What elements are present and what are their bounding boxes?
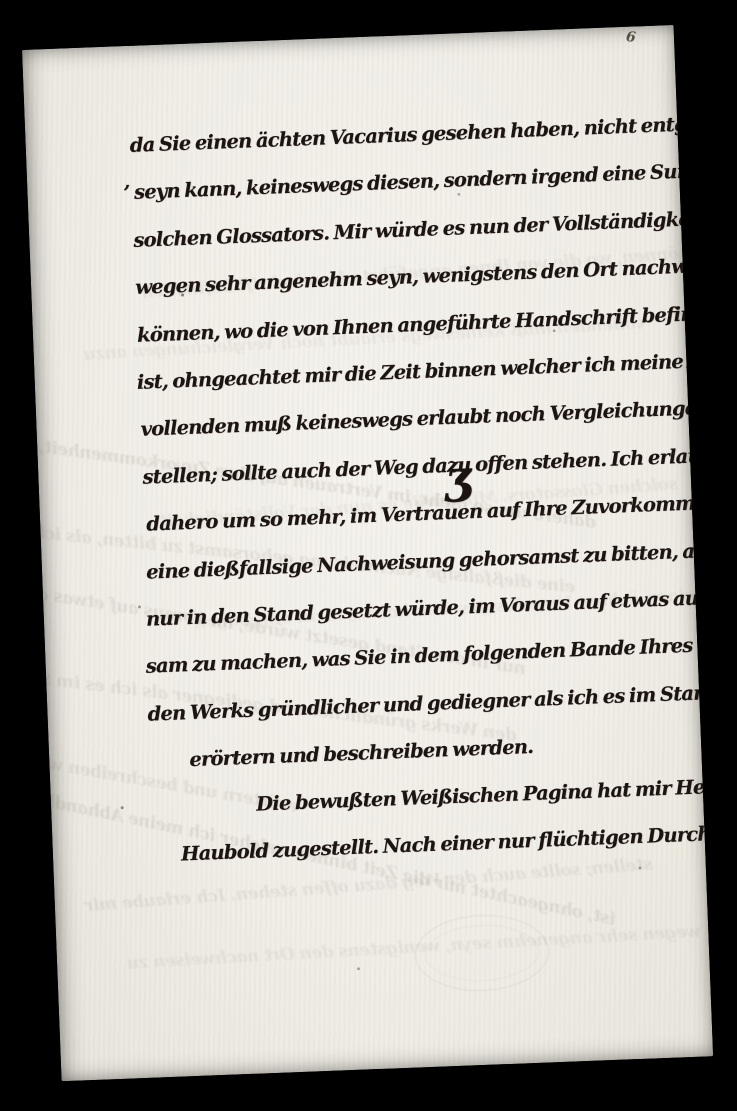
archive-stamp: [414, 912, 551, 993]
folio-number-mark: 6: [625, 29, 636, 46]
manuscript-line: ’ seyn kann, keineswegs diesen, sondern …: [123, 158, 713, 203]
manuscript-line: Die bewußten Weißischen Pagina hat mir H…: [256, 774, 713, 814]
manuscript-line: dahero um so mehr, im Vertrauen auf Ihre…: [146, 488, 713, 534]
manuscript-line: wegen sehr angenehm seyn, wenigstens den…: [135, 254, 713, 298]
manuscript-line: ist, ohngeachtet mir die Zeit binnen wel…: [136, 347, 713, 392]
manuscript-line: stellen; sollte auch der Weg dazu offen …: [142, 444, 713, 487]
bleedthrough-text: stellen; sollte auch der Weg dazu offen …: [84, 854, 653, 916]
manuscript-line: nur in den Stand gesetzt würde, im Vorau…: [146, 586, 714, 629]
manuscript-line: solchen Glossators. Mir würde es nun der…: [133, 209, 705, 250]
manuscript-line: können, wo die von Ihnen angeführte Hand…: [137, 302, 713, 345]
manuscript-line: sam zu machen, was Sie in dem folgenden …: [145, 630, 713, 676]
manuscript-line: erörtern und beschreiben werden.: [189, 737, 533, 770]
bleedthrough-text: wegen sehr angenehm seyn, wenigstens den…: [127, 922, 702, 974]
manuscript-line: da Sie einen ächten Vacarius gesehen hab…: [129, 112, 713, 155]
manuscript-line: den Werks gründlicher und gediegner als …: [147, 681, 713, 724]
manuscript-line: vollenden muß keineswegs erlaubt noch Ve…: [140, 396, 713, 439]
ink-flourish: ʒ: [444, 453, 472, 500]
manuscript-line: Haubold zugestellt. Nach einer nur flüch…: [181, 822, 714, 864]
manuscript-line: eine dießfallsige Nachweisung gehorsamst…: [146, 536, 713, 582]
manuscript-page: können, wo die von Ihnen angeführte Hand…: [22, 25, 713, 1081]
